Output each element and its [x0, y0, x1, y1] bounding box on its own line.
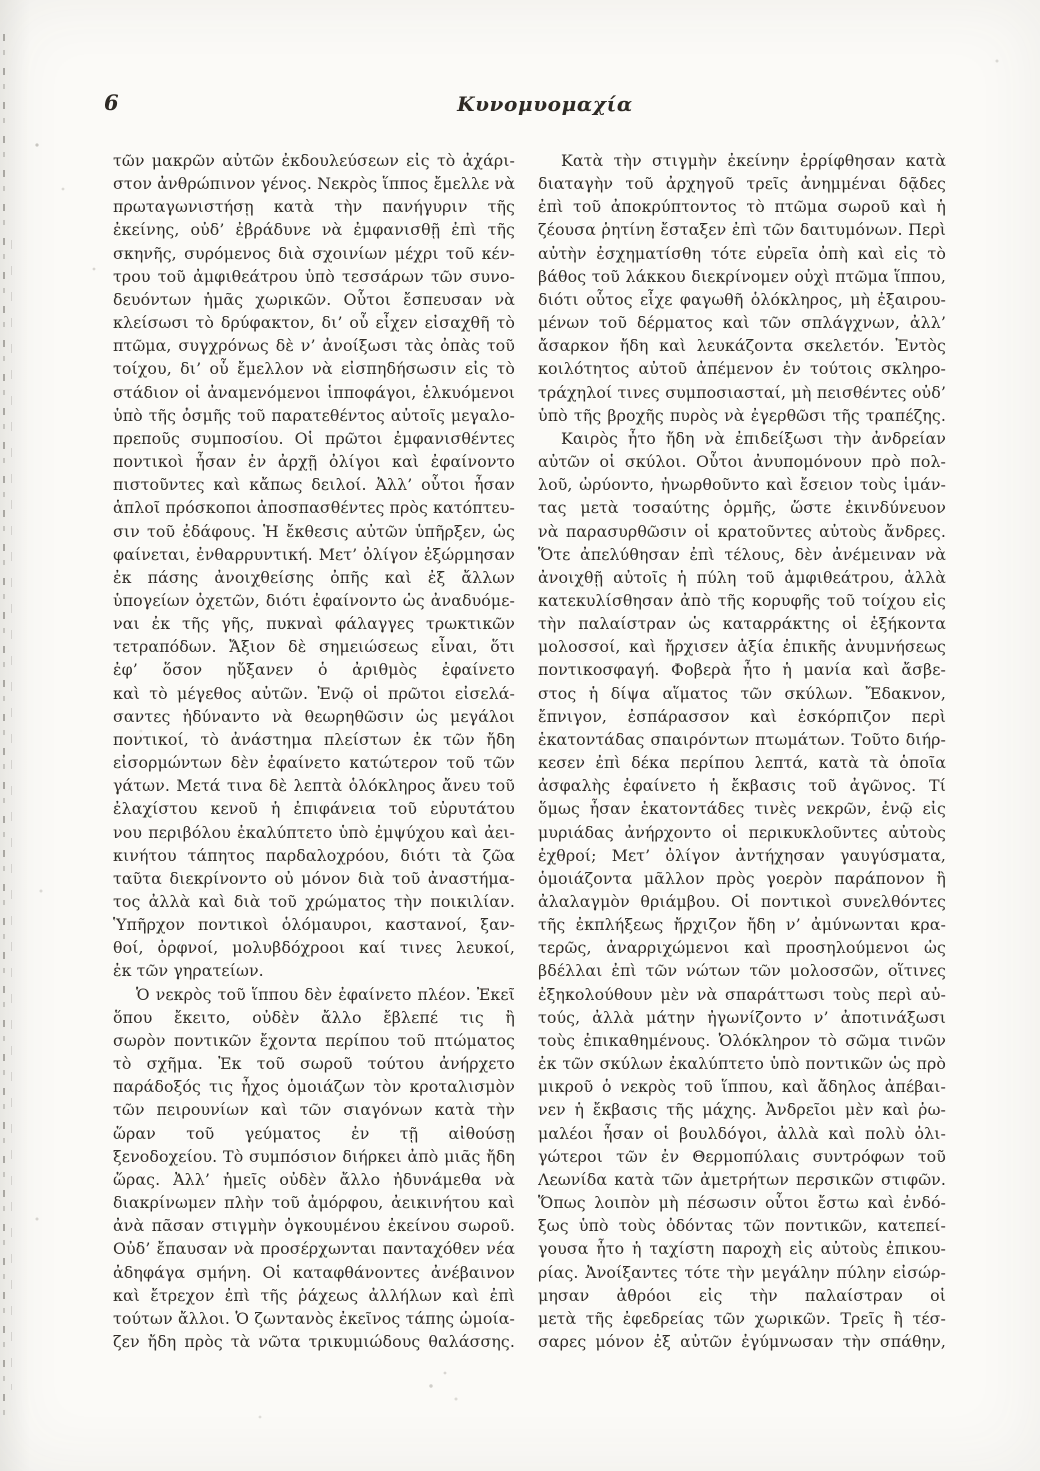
text-line: γάτων. Μετά τινα δὲ λεπτὰ ὁλόκληρος ἄνευ…: [113, 774, 515, 797]
text-line: τῶν πειρουνίων καὶ τῶν σιαγόνων κατὰ τὴν: [113, 1098, 515, 1121]
text-line: ὅπου ἔκειτο, οὐδὲν ἄλλο ἔβλεπέ τις ἢ πυκ…: [113, 1006, 515, 1029]
text-line: ἄσαρκον ἤδη καὶ λευκάζοντα σκελετόν. Ἐντ…: [538, 334, 946, 357]
text-line: ὥρας. Ἀλλ’ ἡμεῖς οὐδὲν ἄλλο ἠδυνάμεθα νὰ: [113, 1168, 515, 1191]
scanned-page: 6 Κυνομυομαχία τῶν μακρῶν αὐτῶν ἐκδουλεύ…: [0, 0, 1040, 1471]
scan-edge-line: [11, 240, 12, 1390]
text-line: μυριάδας ἀνήρχοντο οἱ περικυκλοῦντες αὐτ…: [538, 821, 946, 844]
scan-specks: [0, 0, 2, 2]
text-line: βάθος τοῦ λάκκου διεκρίνομεν οὐχὶ πτῶμα …: [538, 265, 946, 288]
text-line: παράδοξός τις ἦχος ὁμοιάζων τὸν κροταλισ…: [113, 1075, 515, 1098]
text-line: πρεποῦς συμποσίου. Οἱ πρῶτοι ἐμφανισθέντ…: [113, 427, 515, 450]
text-line: Ὅπως λοιπὸν μὴ πέσωσιν οὗτοι ἔστω καὶ ἐν…: [538, 1191, 946, 1214]
text-line: τερῶς, ἀναρριχώμενοι καὶ προσηλούμενοι ὡ…: [538, 936, 946, 959]
text-line: φαίνεται, ἐνθαρρυντική. Μετ’ ὀλίγον ἐξώρ…: [113, 543, 515, 566]
text-line: νεν ἡ ἔκβασις τῆς μάχης. Ἀνδρεῖοι μὲν κα…: [538, 1098, 946, 1121]
text-line: ὥραν τοῦ γεύματος ἐν τῇ αἰθούσῃ πολυανθρ…: [113, 1122, 515, 1145]
text-line: ἀνοιχθῇ αὐτοῖς ἡ πύλη τοῦ ἀμφιθεάτρου, ἀ…: [538, 566, 946, 589]
scan-edge-line: [3, 34, 5, 1419]
text-line: ὁμοιάζοντα μᾶλλον πρὸς γοερὸν παράπονον …: [538, 867, 946, 890]
text-line: ἀνὰ πᾶσαν στιγμὴν ὀγκουμένου ἐκείνου σωρ…: [113, 1214, 515, 1237]
text-line: ἀδηφάγα σμήνη. Οἱ καταφθάνοντες ἀνέβαινο…: [113, 1261, 515, 1284]
text-line: Ὁ νεκρὸς τοῦ ἵππου δὲν ἐφαίνετο πλέον. Ἐ…: [113, 983, 515, 1006]
text-line: πτῶμα, συγχρόνως δὲ ν’ ἀνοίξωσι τὰς ὀπὰς…: [113, 334, 515, 357]
text-line: ἐξηκολούθουν μὲν νὰ σπαράττωσι τοὺς περὶ…: [538, 983, 946, 1006]
text-line: θοί, ὀρφνοί, μολυβδόχροοι καί τινες λευκ…: [113, 936, 515, 959]
text-line: Ὅτε ἀπελύθησαν ἐπὶ τέλους, δὲν ἀνέμειναν…: [538, 543, 946, 566]
text-line: Οὐδ’ ἔπαυσαν νὰ προσέρχωνται πανταχόθεν …: [113, 1237, 515, 1260]
text-line: ἐκείνης, οὐδ’ ἐβράδυνε νὰ ἐμφανισθῇ ἐπὶ …: [113, 218, 515, 241]
page-title: Κυνομυομαχία: [380, 92, 710, 116]
text-line: στον ἀνθρώπινον γένος. Νεκρὸς ἵππος ἔμελ…: [113, 172, 515, 195]
text-line: κοιλότητος αὐτοῦ ἀπέμενον ἐν τούτοις σκλ…: [538, 357, 946, 380]
text-line: ζέουσα ῥητίνη ἔσταξεν ἐπὶ τῶν δαιτυμόνων…: [538, 218, 946, 241]
text-line: καὶ ἔτρεχον ἐπὶ τῆς ῥάχεως ἀλλήλων καὶ ἐ…: [113, 1284, 515, 1307]
text-line: ρίας. Ἀνοίξαντες τότε τὴν μεγάλην πύλην …: [538, 1261, 946, 1284]
text-line: νὰ παρασυρθῶσιν οἱ κρατοῦντες αὐτοὺς ἄνδ…: [538, 520, 946, 543]
text-line: ξως ὑπὸ τοὺς ὀδόντας τῶν ποντικῶν, κατεπ…: [538, 1214, 946, 1237]
text-line: τὴν παλαίστραν ὡς καταρράκτης οἱ ἑξήκοντ…: [538, 612, 946, 635]
text-line: μετὰ τῆς ἐφεδρείας τῶν χωρικῶν. Τρεῖς ἢ …: [538, 1307, 946, 1330]
text-line: τοίχου, δι’ οὗ ἔμελλον νὰ εἰσπηδήσωσιν ε…: [113, 357, 515, 380]
text-line: κινήτου τάπητος παρδαλοχρόου, διότι τὰ ζ…: [113, 844, 515, 867]
text-line: ξενοδοχείου. Τὸ συμπόσιον διήρκει ἀπὸ μι…: [113, 1145, 515, 1168]
text-line: ὑπογείων ὀχετῶν, διότι ἐφαίνοντο ὡς ἀναδ…: [113, 589, 515, 612]
text-line: πιστοῦντες καὶ κἄπως δειλοί. Ἀλλ’ οὗτοι …: [113, 473, 515, 496]
text-line: ἔπνιγον, ἐσπάρασσον καὶ ἐσκόρπιζον περὶ …: [538, 705, 946, 728]
text-line: σωρὸν ποντικῶν ἔχοντα περίπου τοῦ πτώματ…: [113, 1029, 515, 1052]
text-line: ποντικοσφαγή. Φοβερὰ ἦτο ἡ μανία καὶ ἄσβ…: [538, 658, 946, 681]
text-line: ὑπὸ τῆς βροχῆς πυρὸς νὰ ἐγερθῶσι τῆς τρα…: [538, 404, 946, 427]
text-line: βδέλλαι ἐπὶ τῶν νώτων τῶν μολοσσῶν, οἵτι…: [538, 959, 946, 982]
text-line: γουσα ἦτο ἡ ταχίστη παροχὴ εἰς αὐτοὺς ἐπ…: [538, 1237, 946, 1260]
text-line: μολοσσοί, καὶ ἤρχισεν ἀξία ἐπικῆς ἀνυμνή…: [538, 635, 946, 658]
text-line: μαλέοι ἦσαν οἱ βουλδόγοι, ἀλλὰ καὶ πολὺ …: [538, 1122, 946, 1145]
text-line: σκηνῆς, συρόμενος διὰ σχοινίων μέχρι τοῦ…: [113, 242, 515, 265]
text-line: ἐλαχίστου κενοῦ ἡ ἐπιφάνεια τοῦ εὐρυτάτο…: [113, 797, 515, 820]
text-line: σαντες ἠδύναντο νὰ θεωρηθῶσιν ὡς μεγάλοι…: [113, 705, 515, 728]
text-line: ἑκατοντάδας σπαιρόντων πτωμάτων. Τοῦτο δ…: [538, 728, 946, 751]
text-line: ὑπὸ τῆς ὀσμῆς τοῦ παρατεθέντος αὐτοῖς με…: [113, 404, 515, 427]
text-line: στος ἡ δίψα αἵματος τῶν σκύλων. Ἔδακνον,: [538, 682, 946, 705]
text-line: ποντικοί, τὸ ἀνάστημα πλείστων ἐκ τῶν ἤδ…: [113, 728, 515, 751]
left-column: τῶν μακρῶν αὐτῶν ἐκδουλεύσεων εἰς τὸ ἀχά…: [113, 149, 515, 1353]
text-line: καὶ τὸ μέγεθος αὐτῶν. Ἐνῷ οἱ πρῶτοι εἰσε…: [113, 682, 515, 705]
text-line: στάδιον οἱ ἀναμενόμενοι ἱπποφάγοι, ἑλκυό…: [113, 381, 515, 404]
text-line: τῆς ἐκπλήξεως ἤρχιζον ἤδη ν’ ἀμύνωνται κ…: [538, 913, 946, 936]
text-line: τράχηλοί τινες συμποσιασταί, μὴ πεισθέντ…: [538, 381, 946, 404]
text-line: εἰσορμώντων δὲν ἐφαίνετο κατώτερον τοῦ τ…: [113, 751, 515, 774]
text-line: ἐχθροί; Μετ’ ὀλίγον ἀντήχησαν γαυγύσματα…: [538, 844, 946, 867]
text-line: τετραπόδων. Ἄξιον δὲ σημειώσεως εἶναι, ὅ…: [113, 635, 515, 658]
text-line: διαταγὴν τοῦ ἀρχηγοῦ τρεῖς ἀνημμέναι δᾷδ…: [538, 172, 946, 195]
text-line: τρου τοῦ ἀμφιθεάτρου ὑπὸ τεσσάρων τῶν συ…: [113, 265, 515, 288]
text-line: τοὺς ἐπικαθημένους. Ὁλόκληρον τὸ σῶμα τι…: [538, 1029, 946, 1052]
text-line: αὐτὴν ἐσχηματίσθη τότε εὐρεῖα ὀπὴ καὶ εἰ…: [538, 242, 946, 265]
text-line: τῶν μακρῶν αὐτῶν ἐκδουλεύσεων εἰς τὸ ἀχά…: [113, 149, 515, 172]
text-block: τῶν μακρῶν αὐτῶν ἐκδουλεύσεων εἰς τὸ ἀχά…: [113, 149, 946, 1353]
text-line: τος ἀλλὰ καὶ διὰ τοῦ χρώματος τὴν ποικιλ…: [113, 890, 515, 913]
text-line: ἐκ τῶν σκύλων ἐκαλύπτετο ὑπὸ ποντικῶν ὡς…: [538, 1052, 946, 1075]
text-line: Λεωνίδα κατὰ τῶν ἀμετρήτων περσικῶν στιφ…: [538, 1168, 946, 1191]
text-line: λοῦ, ὠρύοντο, ἠνωρθοῦντο καὶ ἔσειον τοὺς…: [538, 473, 946, 496]
text-line: σαρες μόνον ἐξ αὐτῶν ἐγύμνωσαν τὴν σπάθη…: [538, 1330, 946, 1353]
page-number: 6: [104, 90, 119, 115]
text-line: τὸ σχῆμα. Ἐκ τοῦ σωροῦ τούτου ἀνήρχετο: [113, 1052, 515, 1075]
text-line: τας μετὰ τοσαύτης ὁρμῆς, ὥστε ἐκινδύνευο…: [538, 496, 946, 519]
text-line: ἀσφαλὴς ἐφαίνετο ἡ ἔκβασις τοῦ ἀγῶνος. Τ…: [538, 774, 946, 797]
text-line: πρωταγωνιστήσῃ κατὰ τὴν πανήγυριν τῆς νυ…: [113, 195, 515, 218]
text-line: Καιρὸς ἦτο ἤδη νὰ ἐπιδείξωσι τὴν ἀνδρεία…: [538, 427, 946, 450]
text-line: Ὑπῆρχον ποντικοὶ ὁλόμαυροι, καστανοί, ξα…: [113, 913, 515, 936]
text-line: ναι ἐκ τῆς γῆς, πυκναὶ φάλαγγες τρωκτικῶ…: [113, 612, 515, 635]
text-line: ἀλαλαγμὸν θριάμβου. Οἱ ποντικοὶ συνελθόν…: [538, 890, 946, 913]
text-line: ἐπὶ τοῦ ἀποκρύπτοντος τὸ πτῶμα σωροῦ καὶ…: [538, 195, 946, 218]
text-line: αὐτῶν οἱ σκύλοι. Οὗτοι ἀνυπομόνουν πρὸ π…: [538, 450, 946, 473]
text-line: κεσεν ἐπὶ δέκα περίπου λεπτά, κατὰ τὰ ὁπ…: [538, 751, 946, 774]
text-line: μησαν ἀθρόοι εἰς τὴν παλαίστραν οἱ Καραβ…: [538, 1284, 946, 1307]
text-line: νου περιβόλου ἐκαλύπτετο ὑπὸ ἐμψύχου καὶ…: [113, 821, 515, 844]
text-line: ποντικοὶ ἦσαν ἐν ἀρχῇ ὀλίγοι καὶ ἐφαίνον…: [113, 450, 515, 473]
text-line: ταῦτα διεκρίνοντο οὐ μόνον διὰ τοῦ ἀναστ…: [113, 867, 515, 890]
text-line: ὅμως ἦσαν ἑκατοντάδες τινὲς νεκρῶν, ἐνῷ …: [538, 797, 946, 820]
text-line: διακρίνωμεν πλὴν τοῦ ἀμόρφου, ἀεικινήτου…: [113, 1191, 515, 1214]
text-line: μένων τοῦ δέρματος καὶ τῶν σπλάγχνων, ἀλ…: [538, 311, 946, 334]
text-line: ἐφ’ ὅσον ηὔξανεν ὁ ἀριθμὸς ἐφαίνετο συνα…: [113, 658, 515, 681]
text-line: ἐκ πάσης ἀνοιχθείσης ὀπῆς καὶ ἐξ ἄλλων π…: [113, 566, 515, 589]
text-line: κατεκυλίσθησαν ἀπὸ τῆς κορυφῆς τοῦ τοίχο…: [538, 589, 946, 612]
text-line: διότι οὗτος εἶχε φαγωθῆ ὁλόκληρος, μὴ ἐξ…: [538, 288, 946, 311]
text-line: ἁπλοῖ πρόσκοποι ἀποσπασθέντες πρὸς κατόπ…: [113, 496, 515, 519]
text-line: ἐκ τῶν γηρατείων.: [113, 959, 515, 982]
text-line: γώτεροι τῶν ἐν Θερμοπύλαις συντρόφων τοῦ: [538, 1145, 946, 1168]
text-line: τούς, ἀλλὰ μάτην ἠγωνίζοντο ν’ ἀποτινάξω…: [538, 1006, 946, 1029]
text-line: δευόντων ἡμᾶς χωρικῶν. Οὗτοι ἔσπευσαν νὰ: [113, 288, 515, 311]
text-line: μικροῦ ὁ νεκρὸς τοῦ ἵππου, καὶ ἄδηλος ἀπ…: [538, 1075, 946, 1098]
text-line: σιν τοῦ ἐδάφους. Ἡ ἔκθεσις αὐτῶν ὑπῆρξεν…: [113, 520, 515, 543]
text-line: τούτων ἄλλοι. Ὁ ζωντανὸς ἐκεῖνος τάπης ὡ…: [113, 1307, 515, 1330]
right-column: Κατὰ τὴν στιγμὴν ἐκείνην ἐρρίφθησαν κατὰ…: [538, 149, 946, 1353]
text-line: Κατὰ τὴν στιγμὴν ἐκείνην ἐρρίφθησαν κατὰ: [538, 149, 946, 172]
text-line: κλείσωσι τὸ δρύφακτον, δι’ οὗ εἶχεν εἰσα…: [113, 311, 515, 334]
text-line: ζεν ἤδη πρὸς τὰ νῶτα τρικυμιώδους θαλάσσ…: [113, 1330, 515, 1353]
